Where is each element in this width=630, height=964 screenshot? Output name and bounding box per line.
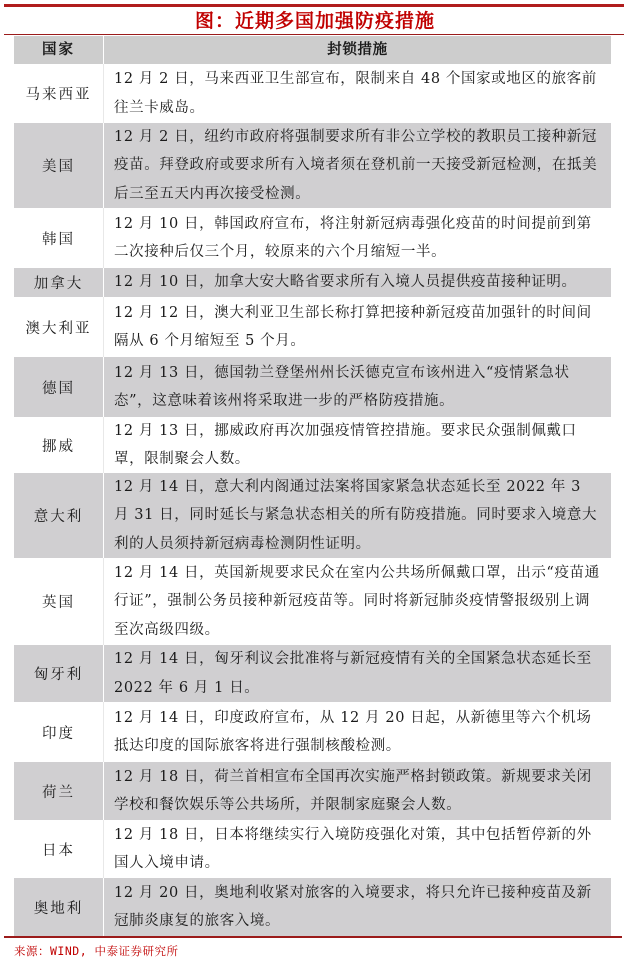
table-row: 荷兰12 月 18 日，荷兰首相宣布全国再次实施严格封锁政策。新规要求关闭学校和… xyxy=(14,762,611,820)
country-cell: 韩国 xyxy=(14,208,104,268)
table-row: 澳大利亚12 月 12 日，澳大利亚卫生部长称打算把接种新冠疫苗加强针的时间间隔… xyxy=(14,297,611,357)
title-rule xyxy=(4,34,624,35)
top-rule xyxy=(4,4,624,7)
table-row: 匈牙利12 月 14 日，匈牙利议会批准将与新冠疫情有关的全国紧急状态延长至 2… xyxy=(14,645,611,702)
measure-cell: 12 月 18 日，荷兰首相宣布全国再次实施严格封锁政策。新规要求关闭学校和餐饮… xyxy=(104,762,611,820)
measures-table: 国家 封锁措施 马来西亚12 月 2 日，马来西亚卫生部宣布，限制来自 48 个… xyxy=(14,36,611,936)
country-cell: 挪威 xyxy=(14,417,104,473)
measure-cell: 12 月 13 日，挪威政府再次加强疫情管控措施。要求民众强制佩戴口罩，限制聚会… xyxy=(104,417,611,473)
country-cell: 日本 xyxy=(14,820,104,878)
country-cell: 德国 xyxy=(14,357,104,417)
country-cell: 匈牙利 xyxy=(14,645,104,702)
source-note: 来源：WIND, 中泰证券研究所 xyxy=(14,942,179,960)
header-country: 国家 xyxy=(14,36,104,64)
table-row: 加拿大12 月 10 日，加拿大安大略省要求所有入境人员提供疫苗接种证明。 xyxy=(14,268,611,297)
table-row: 美国12 月 2 日，纽约市政府将强制要求所有非公立学校的教职员工接种新冠疫苗。… xyxy=(14,123,611,208)
header-measure: 封锁措施 xyxy=(104,36,611,64)
measure-cell: 12 月 12 日，澳大利亚卫生部长称打算把接种新冠疫苗加强针的时间间隔从 6 … xyxy=(104,297,611,357)
table-header-row: 国家 封锁措施 xyxy=(14,36,611,64)
measure-cell: 12 月 10 日，加拿大安大略省要求所有入境人员提供疫苗接种证明。 xyxy=(104,268,611,297)
measure-cell: 12 月 20 日，奥地利收紧对旅客的入境要求，将只允许已接种疫苗及新冠肺炎康复… xyxy=(104,878,611,936)
country-cell: 奥地利 xyxy=(14,878,104,936)
measure-cell: 12 月 10 日，韩国政府宣布，将注射新冠病毒强化疫苗的时间提前到第二次接种后… xyxy=(104,208,611,268)
country-cell: 加拿大 xyxy=(14,268,104,297)
country-cell: 英国 xyxy=(14,558,104,645)
country-cell: 荷兰 xyxy=(14,762,104,820)
measure-cell: 12 月 14 日，英国新规要求民众在室内公共场所佩戴口罩，出示“疫苗通行证”，… xyxy=(104,558,611,645)
table-row: 挪威12 月 13 日，挪威政府再次加强疫情管控措施。要求民众强制佩戴口罩，限制… xyxy=(14,417,611,473)
measure-cell: 12 月 14 日，印度政府宣布，从 12 月 20 日起，从新德里等六个机场抵… xyxy=(104,702,611,762)
bottom-rule xyxy=(4,936,622,938)
table-row: 奥地利12 月 20 日，奥地利收紧对旅客的入境要求，将只允许已接种疫苗及新冠肺… xyxy=(14,878,611,936)
measure-cell: 12 月 18 日，日本将继续实行入境防疫强化对策，其中包括暂停新的外国人入境申… xyxy=(104,820,611,878)
table-body: 马来西亚12 月 2 日，马来西亚卫生部宣布，限制来自 48 个国家或地区的旅客… xyxy=(14,64,611,936)
table-row: 印度12 月 14 日，印度政府宣布，从 12 月 20 日起，从新德里等六个机… xyxy=(14,702,611,762)
country-cell: 马来西亚 xyxy=(14,64,104,123)
country-cell: 意大利 xyxy=(14,473,104,558)
country-cell: 澳大利亚 xyxy=(14,297,104,357)
table-row: 英国12 月 14 日，英国新规要求民众在室内公共场所佩戴口罩，出示“疫苗通行证… xyxy=(14,558,611,645)
figure-title: 图：近期多国加强防疫措施 xyxy=(0,8,630,34)
table-row: 意大利12 月 14 日，意大利内阁通过法案将国家紧急状态延长至 2022 年 … xyxy=(14,473,611,558)
measure-cell: 12 月 13 日，德国勃兰登堡州州长沃德克宣布该州进入“疫情紧急状态”，这意味… xyxy=(104,357,611,417)
table-row: 德国12 月 13 日，德国勃兰登堡州州长沃德克宣布该州进入“疫情紧急状态”，这… xyxy=(14,357,611,417)
measure-cell: 12 月 2 日，马来西亚卫生部宣布，限制来自 48 个国家或地区的旅客前往兰卡… xyxy=(104,64,611,123)
measure-cell: 12 月 2 日，纽约市政府将强制要求所有非公立学校的教职员工接种新冠疫苗。拜登… xyxy=(104,123,611,208)
table-row: 日本12 月 18 日，日本将继续实行入境防疫强化对策，其中包括暂停新的外国人入… xyxy=(14,820,611,878)
measure-cell: 12 月 14 日，意大利内阁通过法案将国家紧急状态延长至 2022 年 3 月… xyxy=(104,473,611,558)
measure-cell: 12 月 14 日，匈牙利议会批准将与新冠疫情有关的全国紧急状态延长至 2022… xyxy=(104,645,611,702)
country-cell: 美国 xyxy=(14,123,104,208)
country-cell: 印度 xyxy=(14,702,104,762)
table-row: 韩国12 月 10 日，韩国政府宣布，将注射新冠病毒强化疫苗的时间提前到第二次接… xyxy=(14,208,611,268)
table-row: 马来西亚12 月 2 日，马来西亚卫生部宣布，限制来自 48 个国家或地区的旅客… xyxy=(14,64,611,123)
